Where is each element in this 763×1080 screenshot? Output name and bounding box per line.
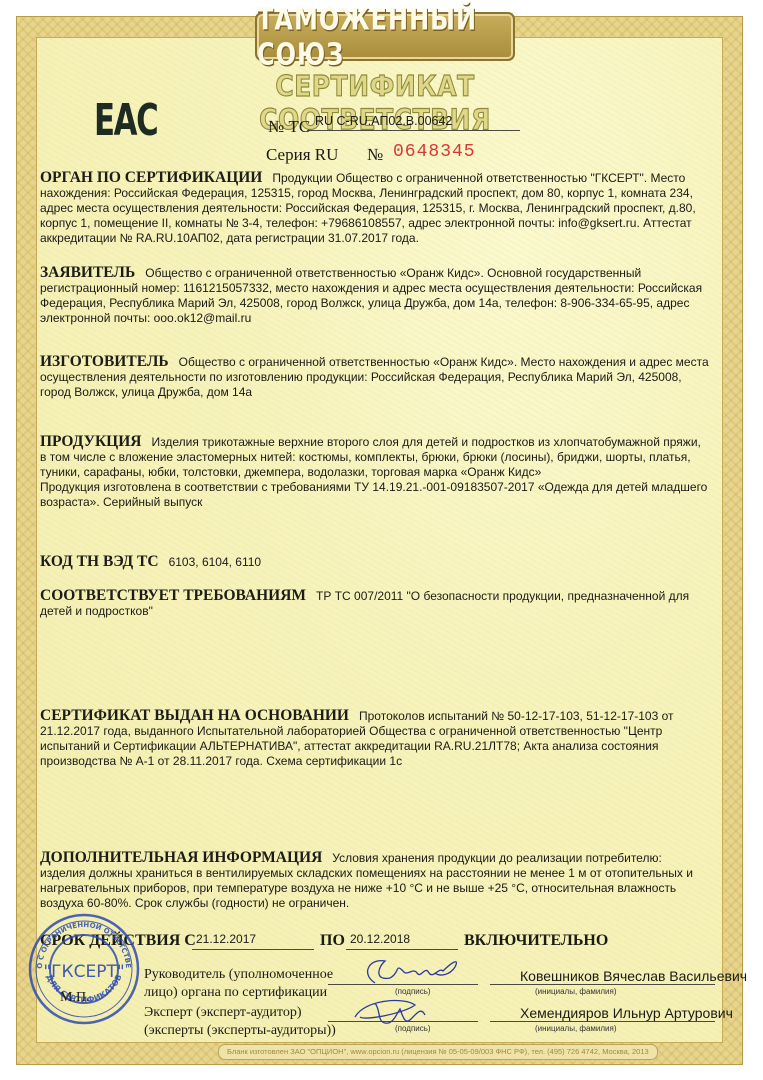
section-certification-body: ОРГАН ПО СЕРТИФИКАЦИИПродукции Общество … [40, 170, 710, 246]
head-role-line-1: Руководитель (уполномоченное [144, 966, 333, 984]
section-heading: ЗАЯВИТЕЛЬ [40, 264, 135, 281]
head-name-caption: (инициалы, фамилия) [535, 987, 617, 996]
section-text-2: Продукция изготовлена в соответствии с т… [40, 480, 710, 510]
section-applicant: ЗАЯВИТЕЛЬОбщество с ограниченной ответст… [40, 265, 710, 326]
expert-role-label: Эксперт (эксперт-аудитор) (эксперты (экс… [144, 1004, 336, 1040]
form-printer-note: Бланк изготовлен ЗАО "ОПЦИОН", www.opcio… [218, 1044, 658, 1060]
section-heading: СЕРТИФИКАТ ВЫДАН НА ОСНОВАНИИ [40, 707, 349, 724]
certification-stamp-icon: ОБЩЕСТВО С ОГРАНИЧЕННОЙ ОТВЕТСТВЕННОСТЬЮ… [28, 913, 140, 1025]
section-heading: ПРОДУКЦИЯ [40, 433, 142, 450]
section-heading: СООТВЕТСТВУЕТ ТРЕБОВАНИЯМ [40, 587, 306, 604]
banner-text: ТАМОЖЕННЫЙ СОЮЗ [257, 2, 513, 72]
expert-signature-caption: (подпись) [395, 1024, 431, 1033]
section-manufacturer: ИЗГОТОВИТЕЛЬОбщество с ограниченной отве… [40, 354, 710, 400]
section-issued-basis: СЕРТИФИКАТ ВЫДАН НА ОСНОВАНИИПротоколов … [40, 708, 710, 769]
section-text: Общество с ограниченной ответственностью… [40, 266, 702, 325]
tc-number-label: № ТС [268, 117, 310, 137]
section-product: ПРОДУКЦИЯИзделия трикотажные верхние вто… [40, 434, 710, 510]
expert-role-line-2: (эксперты (эксперты-аудиторы)) [144, 1022, 336, 1040]
head-name: Ковешников Вячеслав Васильевич [520, 968, 747, 984]
head-role-line-2: лицо) органа по сертификации [144, 984, 333, 1002]
expert-name: Хемендияров Ильнур Артурович [520, 1005, 733, 1021]
validity-from-date: 21.12.2017 [192, 932, 314, 950]
tc-number-value: RU C-RU.АП02.В.00642 [307, 114, 520, 131]
section-heading: ДОПОЛНИТЕЛЬНАЯ ИНФОРМАЦИЯ [40, 849, 322, 866]
customs-union-banner: ТАМОЖЕННЫЙ СОЮЗ [255, 12, 515, 61]
section-heading: КОД ТН ВЭД ТС [40, 553, 159, 570]
series-number: 0648345 [393, 142, 476, 162]
validity-to-date: 20.12.2018 [346, 932, 458, 950]
section-heading: ИЗГОТОВИТЕЛЬ [40, 353, 169, 370]
section-additional-info: ДОПОЛНИТЕЛЬНАЯ ИНФОРМАЦИЯУсловия хранени… [40, 850, 710, 911]
section-heading: ОРГАН ПО СЕРТИФИКАЦИИ [40, 169, 262, 186]
expert-name-caption: (инициалы, фамилия) [535, 1024, 617, 1033]
section-conforms: СООТВЕТСТВУЕТ ТРЕБОВАНИЯМТР ТС 007/2011 … [40, 588, 710, 619]
svg-text:"ГКСЕРТ": "ГКСЕРТ" [43, 962, 124, 982]
section-tn-ved-code: КОД ТН ВЭД ТС6103, 6104, 6110 [40, 554, 710, 570]
expert-name-line [490, 1021, 715, 1022]
series-label: Серия RU [266, 145, 338, 165]
head-role-label: Руководитель (уполномоченное лицо) орган… [144, 966, 333, 1002]
series-number-sign: № [367, 145, 383, 165]
seal-place-label: М.П. [60, 990, 90, 1006]
head-name-line [490, 984, 715, 985]
expert-role-line-1: Эксперт (эксперт-аудитор) [144, 1004, 336, 1022]
validity-inclusive-label: ВКЛЮЧИТЕЛЬНО [464, 932, 608, 950]
validity-to-label: ПО [320, 932, 345, 950]
section-text: 6103, 6104, 6110 [169, 555, 262, 569]
eac-logo-icon: ЕАС [94, 95, 157, 146]
validity-period: СРОК ДЕЙСТВИЯ С 21.12.2017 ПО 20.12.2018… [40, 932, 720, 954]
